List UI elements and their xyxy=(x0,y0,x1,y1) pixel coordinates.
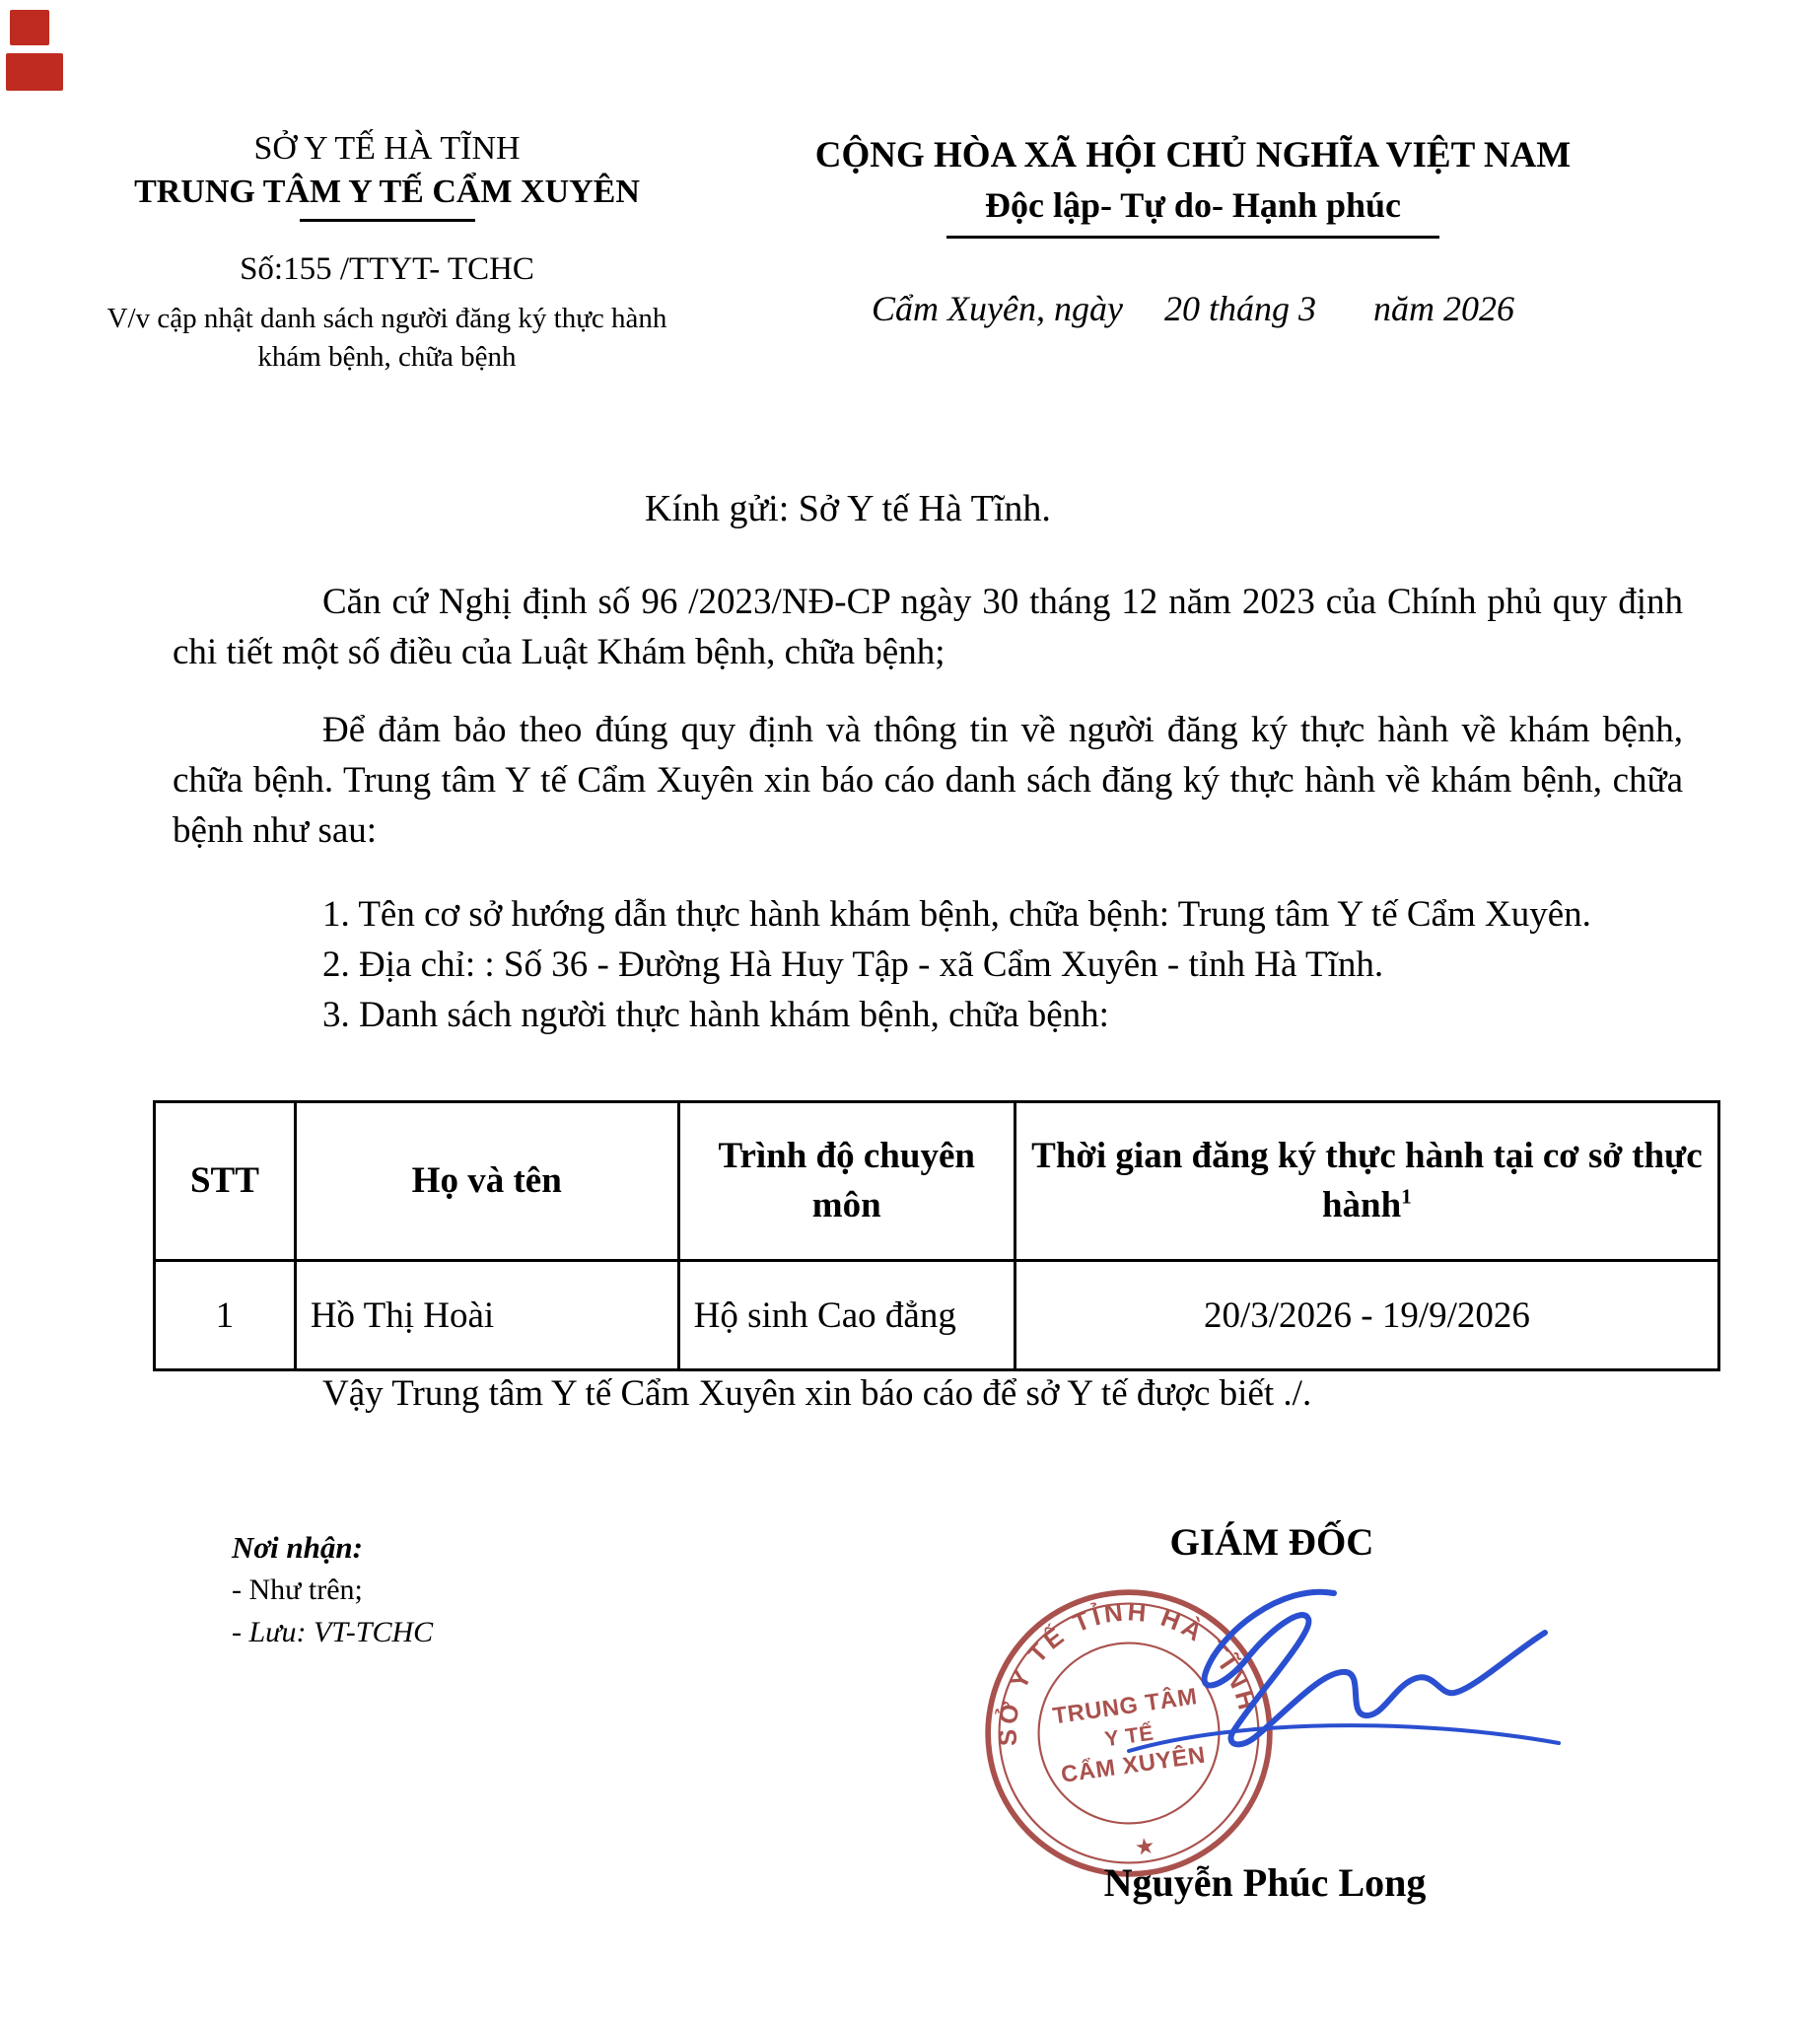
list-item-address: 2. Địa chỉ: : Số 36 - Đường Hà Huy Tập -… xyxy=(173,940,1683,990)
scan-red-mark xyxy=(10,10,49,45)
table-header-row: STT Họ và tên Trình độ chuyên môn Thời g… xyxy=(155,1102,1719,1261)
national-title: CỘNG HÒA XÃ HỘI CHỦ NGHĨA VIỆT NAM xyxy=(754,134,1632,176)
list-item-table-intro: 3. Danh sách người thực hành khám bệnh, … xyxy=(173,990,1683,1040)
document-number: Số:155 /TTYT- TCHC xyxy=(79,251,695,288)
recipients-block: Nơi nhận: - Như trên; - Lưu: VT-TCHC xyxy=(232,1526,433,1653)
handwritten-signature xyxy=(1099,1575,1563,1787)
col-header-period: Thời gian đăng ký thực hành tại cơ sở th… xyxy=(1015,1102,1718,1261)
col-header-qualification: Trình độ chuyên môn xyxy=(678,1102,1015,1261)
document-body: Căn cứ Nghị định số 96 /2023/NĐ-CP ngày … xyxy=(173,577,1683,1040)
practitioner-table: STT Họ và tên Trình độ chuyên môn Thời g… xyxy=(153,1100,1720,1371)
document-subject: V/v cập nhật danh sách người đăng ký thự… xyxy=(79,300,695,377)
agency-underline xyxy=(300,219,475,222)
signer-name: Nguyễn Phúc Long xyxy=(1009,1859,1521,1906)
issuing-agency-block: SỞ Y TẾ HÀ TĨNH TRUNG TÂM Y TẾ CẨM XUYÊN… xyxy=(79,130,695,377)
paragraph-purpose: Để đảm bảo theo đúng quy định và thông t… xyxy=(173,705,1683,856)
cell-stt: 1 xyxy=(155,1261,296,1370)
issuing-agency: TRUNG TÂM Y TẾ CẨM XUYÊN xyxy=(79,174,695,211)
dateline-year: năm 2026 xyxy=(1373,289,1514,328)
cell-period: 20/3/2026 - 19/9/2026 xyxy=(1015,1261,1718,1370)
national-motto: Độc lập- Tự do- Hạnh phúc xyxy=(754,184,1632,226)
national-header-block: CỘNG HÒA XÃ HỘI CHỦ NGHĨA VIỆT NAM Độc l… xyxy=(754,134,1632,329)
list-item-facility-name: 1. Tên cơ sở hướng dẫn thực hành khám bệ… xyxy=(173,889,1683,940)
recipients-line: - Như trên; xyxy=(232,1570,433,1612)
parent-agency: SỞ Y TẾ HÀ TĨNH xyxy=(79,130,695,168)
recipients-line: - Lưu: VT-TCHC xyxy=(232,1612,433,1654)
scan-red-mark xyxy=(6,53,63,91)
official-document-page: SỞ Y TẾ HÀ TĨNH TRUNG TÂM Y TẾ CẨM XUYÊN… xyxy=(0,0,1820,2027)
cell-qualification: Hộ sinh Cao đẳng xyxy=(678,1261,1015,1370)
dateline-place: Cẩm Xuyên, ngày xyxy=(872,289,1123,328)
paragraph-legal-basis: Căn cứ Nghị định số 96 /2023/NĐ-CP ngày … xyxy=(173,577,1683,677)
motto-underline xyxy=(946,236,1439,239)
stamp-star: ★ xyxy=(1135,1836,1155,1859)
col-header-name: Họ và tên xyxy=(295,1102,678,1261)
place-date-line: Cẩm Xuyên, ngày20 tháng 3năm 2026 xyxy=(754,288,1632,329)
col-header-stt: STT xyxy=(155,1102,296,1261)
closing-paragraph: Vậy Trung tâm Y tế Cẩm Xuyên xin báo cáo… xyxy=(173,1372,1683,1415)
signer-title: GIÁM ĐỐC xyxy=(1006,1520,1538,1565)
footnote-marker: 1 xyxy=(1401,1185,1412,1209)
cell-name: Hồ Thị Hoài xyxy=(295,1261,678,1370)
recipients-label: Nơi nhận: xyxy=(232,1526,433,1570)
dateline-day-month: 20 tháng 3 xyxy=(1164,289,1316,328)
recipient-line: Kính gửi: Sở Y tế Hà Tĩnh. xyxy=(187,487,1508,530)
table-row: 1 Hồ Thị Hoài Hộ sinh Cao đẳng 20/3/2026… xyxy=(155,1261,1719,1370)
